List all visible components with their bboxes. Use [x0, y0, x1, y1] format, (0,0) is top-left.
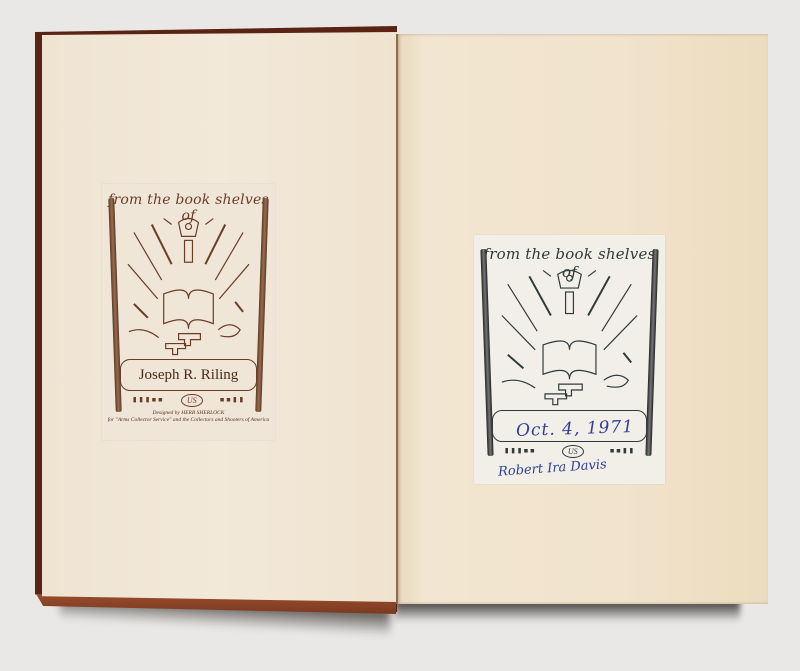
bookplate-left: from the book shelves of Joseph R. Rilin… [102, 184, 275, 440]
cartridge-row: ▮▮▮▪▪ US ▪▪▮▮ [504, 443, 635, 459]
credit-line-1: Designed by HERB SHERLOCK [104, 410, 273, 417]
weapons-illustration [496, 265, 643, 415]
cartridges-icon: ▮▮▮▪▪ [504, 446, 536, 456]
handwritten-signature: Robert Ira Davis [498, 457, 608, 480]
rifle-icon [255, 198, 268, 412]
designer-credit: Designed by HERB SHERLOCK for "Arms Coll… [104, 410, 273, 424]
cartridge-row: ▮▮▮▪▪ US ▪▪▮▮ [132, 392, 245, 408]
us-badge: US [181, 394, 203, 407]
handwritten-date: Oct. 4, 1971 [516, 417, 635, 441]
us-badge: US [562, 445, 584, 458]
eagle-and-arms-icon [124, 214, 253, 364]
cartridges-icon: ▪▪▮▮ [219, 395, 245, 405]
owner-name: Joseph R. Riling [139, 367, 239, 384]
bookplate-right: from the book shelves of ▮▮▮▪▪ US ▪▪▮▮ O… [474, 235, 665, 484]
weapons-illustration [124, 214, 253, 364]
book-gutter [396, 34, 398, 604]
cartridges-icon: ▮▮▮▪▪ [132, 395, 164, 405]
eagle-and-arms-icon [496, 265, 643, 415]
credit-line-2: for "Arms Collector Service" and the Col… [104, 417, 273, 424]
name-banner: Joseph R. Riling [120, 359, 257, 391]
cartridges-icon: ▪▪▮▮ [609, 446, 635, 456]
